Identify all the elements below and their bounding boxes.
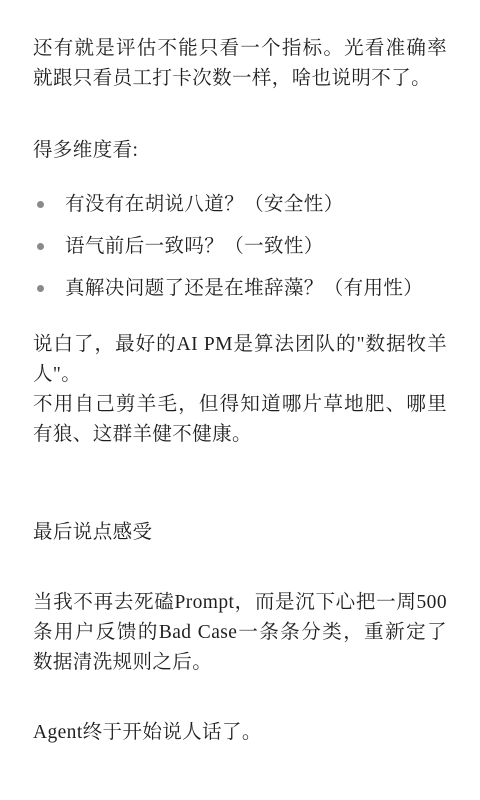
section-heading: 最后说点感受 [33, 518, 447, 548]
paragraph-shepherd-line-1: 说白了，最好的AI PM是算法团队的"数据牧羊人"。 [33, 330, 447, 390]
list-item-text: 真解决问题了还是在堆辞藻？（有用性） [65, 274, 423, 304]
article-body: 还有就是评估不能只看一个指标。光看准确率就跟只看员工打卡次数一样，啥也说明不了。… [0, 0, 480, 800]
paragraph-closing: Agent终于开始说人话了。 [33, 718, 447, 748]
paragraph-shepherd-line-2: 不用自己剪羊毛，但得知道哪片草地肥、哪里有狼、这群羊健不健康。 [33, 390, 447, 450]
list-item-text: 有没有在胡说八道？（安全性） [65, 190, 344, 220]
bullet-icon [37, 201, 44, 208]
list-item: 真解决问题了还是在堆辞藻？（有用性） [33, 274, 447, 304]
list-item: 语气前后一致吗？（一致性） [33, 232, 447, 262]
bullet-icon [37, 285, 44, 292]
dimension-list: 有没有在胡说八道？（安全性） 语气前后一致吗？（一致性） 真解决问题了还是在堆辞… [33, 190, 447, 304]
paragraph-reflection: 当我不再去死磕Prompt，而是沉下心把一周500条用户反馈的Bad Case一… [33, 588, 447, 678]
paragraph-evaluation-metrics: 还有就是评估不能只看一个指标。光看准确率就跟只看员工打卡次数一样，啥也说明不了。 [33, 34, 447, 94]
list-item-text: 语气前后一致吗？（一致性） [65, 232, 324, 262]
bullet-icon [37, 243, 44, 250]
paragraph-shepherd: 说白了，最好的AI PM是算法团队的"数据牧羊人"。 不用自己剪羊毛，但得知道哪… [33, 330, 447, 450]
list-item: 有没有在胡说八道？（安全性） [33, 190, 447, 220]
paragraph-lead-in: 得多维度看: [33, 136, 447, 166]
